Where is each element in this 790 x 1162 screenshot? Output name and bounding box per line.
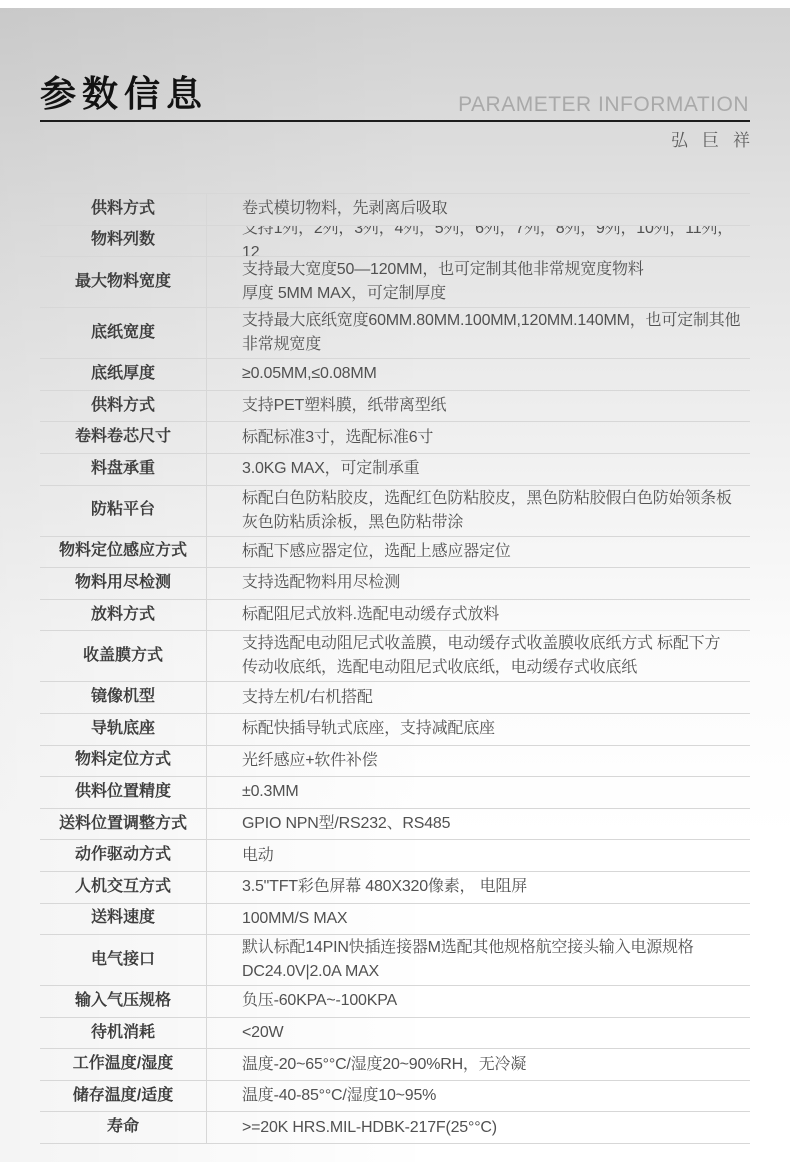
title-divider <box>40 120 750 122</box>
spec-value: 标配标准3寸，选配标准6寸 <box>207 422 750 453</box>
spec-label: 电气接口 <box>40 935 207 985</box>
spec-label: 导轨底座 <box>40 714 207 745</box>
table-row: 底纸宽度支持最大底纸宽度60MM.80MM.100MM,120MM.140MM，… <box>40 308 750 359</box>
table-row: 物料定位方式光纤感应+软件补偿 <box>40 746 750 778</box>
spec-label: 底纸厚度 <box>40 359 207 390</box>
spec-label: 料盘承重 <box>40 454 207 485</box>
table-row: 料盘承重3.0KG MAX，可定制承重 <box>40 454 750 486</box>
table-row: 供料方式支持PET塑料膜，纸带离型纸 <box>40 391 750 423</box>
table-row: 人机交互方式3.5"TFT彩色屏幕 480X320像素， 电阻屏 <box>40 872 750 904</box>
spec-value: 默认标配14PIN快插连接器M选配其他规格航空接头输入电源规格 DC24.0V|… <box>207 935 750 985</box>
table-row: 物料用尽检测支持选配物料用尽检测 <box>40 568 750 600</box>
spec-label: 收盖膜方式 <box>40 631 207 681</box>
spec-label: 底纸宽度 <box>40 308 207 358</box>
spec-label: 卷料卷芯尺寸 <box>40 422 207 453</box>
spec-value: 100MM/S MAX <box>207 904 750 935</box>
spec-label: 放料方式 <box>40 600 207 631</box>
spec-table-body: 供料方式卷式模切物料，先剥离后吸取物料列数支持1列，2列，3列，4列，5列，6列… <box>40 193 750 1144</box>
page-title: 参数信息 <box>40 76 208 112</box>
table-row: 收盖膜方式支持选配电动阻尼式收盖膜，电动缓存式收盖膜收底纸方式 标配下方 传动收… <box>40 631 750 682</box>
table-row: 工作温度/湿度温度-20~65°°C/湿度20~90%RH，无冷凝 <box>40 1049 750 1081</box>
table-row: 最大物料宽度支持最大宽度50—120MM，也可定制其他非常规宽度物料 厚度 5M… <box>40 257 750 308</box>
spec-value: ±0.3MM <box>207 777 750 808</box>
spec-value: 卷式模切物料，先剥离后吸取 <box>207 194 750 225</box>
spec-label: 物料列数 <box>40 226 207 257</box>
spec-label: 送料位置调整方式 <box>40 809 207 840</box>
spec-label: 送料速度 <box>40 904 207 935</box>
spec-value: <20W <box>207 1018 750 1049</box>
spec-label: 寿命 <box>40 1112 207 1143</box>
table-row: 物料定位感应方式标配下感应器定位，选配上感应器定位 <box>40 537 750 569</box>
spec-label: 储存温度/适度 <box>40 1081 207 1112</box>
spec-value: 温度-20~65°°C/湿度20~90%RH，无冷凝 <box>207 1049 750 1080</box>
spec-label: 人机交互方式 <box>40 872 207 903</box>
spec-value: ≥0.05MM,≤0.08MM <box>207 359 750 390</box>
table-row: 物料列数支持1列，2列，3列，4列，5列，6列，7列，8列，9列，10列，11列… <box>40 226 750 258</box>
spec-label: 工作温度/湿度 <box>40 1049 207 1080</box>
spec-value: 标配白色防粘胶皮，选配红色防粘胶皮，黑色防粘胶假白色防始领条板 灰色防粘质涂板，… <box>207 486 750 536</box>
spec-value: 电动 <box>207 840 750 871</box>
spec-value: 光纤感应+软件补偿 <box>207 746 750 777</box>
table-row: 动作驱动方式电动 <box>40 840 750 872</box>
spec-value: 支持最大宽度50—120MM，也可定制其他非常规宽度物料 厚度 5MM MAX，… <box>207 257 750 307</box>
spec-value: 标配阻尼式放料.选配电动缓存式放料 <box>207 600 750 631</box>
spec-label: 动作驱动方式 <box>40 840 207 871</box>
spec-value: 支持PET塑料膜，纸带离型纸 <box>207 391 750 422</box>
spec-value: 标配快插导轨式底座，支持减配底座 <box>207 714 750 745</box>
spec-value: 温度-40-85°°C/湿度10~95% <box>207 1081 750 1112</box>
spec-label: 镜像机型 <box>40 682 207 713</box>
spec-label: 防粘平台 <box>40 486 207 536</box>
spec-label: 物料用尽检测 <box>40 568 207 599</box>
spec-value: 支持选配物料用尽检测 <box>207 568 750 599</box>
spec-label: 供料方式 <box>40 194 207 225</box>
table-row: 送料速度100MM/S MAX <box>40 904 750 936</box>
table-row: 放料方式标配阻尼式放料.选配电动缓存式放料 <box>40 600 750 632</box>
spec-value: 3.5"TFT彩色屏幕 480X320像素， 电阻屏 <box>207 872 750 903</box>
spec-value: 支持最大底纸宽度60MM.80MM.100MM,120MM.140MM，也可定制… <box>207 308 750 358</box>
spec-label: 待机消耗 <box>40 1018 207 1049</box>
spec-label: 供料方式 <box>40 391 207 422</box>
spec-value: 3.0KG MAX，可定制承重 <box>207 454 750 485</box>
table-row: 供料位置精度±0.3MM <box>40 777 750 809</box>
table-row: 底纸厚度≥0.05MM,≤0.08MM <box>40 359 750 391</box>
table-row: 输入气压规格负压-60KPA~-100KPA <box>40 986 750 1018</box>
spec-label: 供料位置精度 <box>40 777 207 808</box>
brand-signature: 弘巨祥 <box>671 131 764 151</box>
table-row: 待机消耗<20W <box>40 1018 750 1050</box>
table-row: 卷料卷芯尺寸标配标准3寸，选配标准6寸 <box>40 422 750 454</box>
spec-label: 输入气压规格 <box>40 986 207 1017</box>
spec-sheet-page: 参数信息 PARAMETER INFORMATION 弘巨祥 供料方式卷式模切物… <box>0 0 790 1162</box>
page-subtitle: PARAMETER INFORMATION <box>458 94 749 115</box>
table-row: 防粘平台标配白色防粘胶皮，选配红色防粘胶皮，黑色防粘胶假白色防始领条板 灰色防粘… <box>40 486 750 537</box>
spec-value: 标配下感应器定位，选配上感应器定位 <box>207 537 750 568</box>
spec-value: 负压-60KPA~-100KPA <box>207 986 750 1017</box>
spec-value: 支持选配电动阻尼式收盖膜，电动缓存式收盖膜收底纸方式 标配下方 传动收底纸，选配… <box>207 631 750 681</box>
spec-value: 支持左机/右机搭配 <box>207 682 750 713</box>
table-row: 储存温度/适度温度-40-85°°C/湿度10~95% <box>40 1081 750 1113</box>
spec-value: GPIO NPN型/RS232、RS485 <box>207 809 750 840</box>
spec-value: >=20K HRS.MIL-HDBK-217F(25°°C) <box>207 1112 750 1143</box>
table-row: 镜像机型支持左机/右机搭配 <box>40 682 750 714</box>
table-row: 导轨底座标配快插导轨式底座，支持减配底座 <box>40 714 750 746</box>
table-row: 供料方式卷式模切物料，先剥离后吸取 <box>40 194 750 226</box>
table-row: 送料位置调整方式GPIO NPN型/RS232、RS485 <box>40 809 750 841</box>
table-row: 寿命>=20K HRS.MIL-HDBK-217F(25°°C) <box>40 1112 750 1144</box>
table-row: 电气接口默认标配14PIN快插连接器M选配其他规格航空接头输入电源规格 DC24… <box>40 935 750 986</box>
spec-label: 物料定位方式 <box>40 746 207 777</box>
spec-label: 最大物料宽度 <box>40 257 207 307</box>
spec-value: 支持1列，2列，3列，4列，5列，6列，7列，8列，9列，10列，11列，12 <box>207 226 750 257</box>
spec-label: 物料定位感应方式 <box>40 537 207 568</box>
